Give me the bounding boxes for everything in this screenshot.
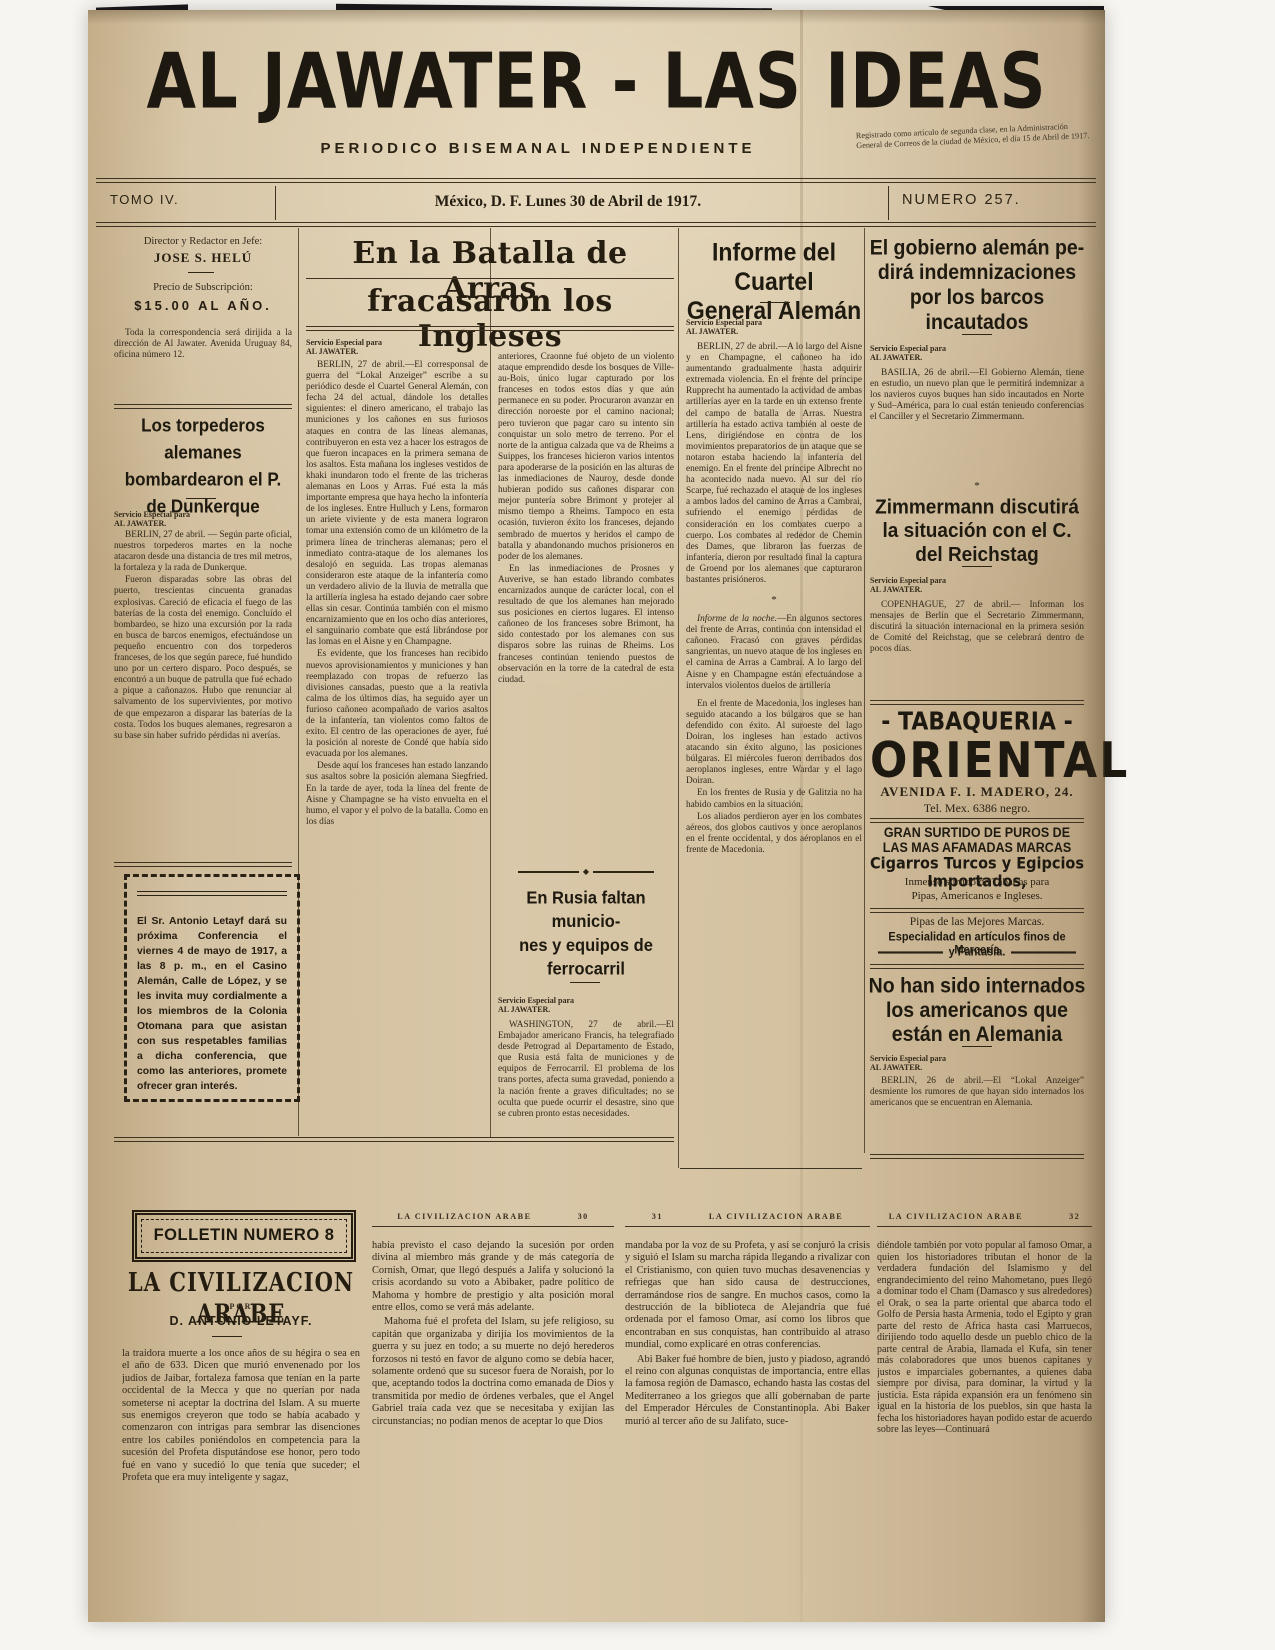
conference-notice-text: El Sr. Antonio Letayf dará su próxima Co… [137,914,287,1094]
paragraph: ferrocarril [494,957,678,981]
paragraph: No han sido internados [868,974,1086,998]
paragraph: En Rusia faltan municio- [494,886,678,934]
folletin-top-rule [114,1137,674,1142]
byline-line: Servicio Especial para [114,510,190,519]
column-rule [864,228,865,1153]
paragraph: Desde aquí los franceses han estado lanz… [306,761,488,828]
paragraph: LAS MAS AFAMADAS MARCAS [870,840,1084,855]
byline-line: Servicio Especial para [498,996,574,1005]
paragraph: BASILIA, 26 de abril.—El Gobierno Alemán… [870,368,1084,423]
gobierno-body: BASILIA, 26 de abril.—El Gobierno Alemán… [870,368,1084,480]
byline-line: AL JAWATER. [114,519,190,528]
running-head-rule [877,1226,1092,1227]
dateline-rule [96,222,1096,227]
paragraph: Zimmermann discutirá [868,496,1086,520]
byline-line: Servicio Especial para [870,1054,946,1063]
ad-rule [870,818,1084,823]
page-background: AL JAWATER - LAS IDEAS PERIODICO BISEMAN… [0,0,1275,1650]
tabaqueria-name: ORIENTAL [870,732,1084,789]
divider-tick [275,186,276,220]
paragraph: El gobierno alemán pe- [868,236,1086,261]
rusia-body: WASHINGTON, 27 de abril.—El Embajador am… [498,1020,674,1152]
batalla-body-left: BERLIN, 27 de abril.—El corresponsal de … [306,360,488,1134]
ad-rule [870,908,1084,913]
paragraph: En el frente de Macedonia, los ingleses … [686,699,862,788]
byline-line: AL JAWATER. [686,327,762,336]
column-rule [490,228,491,1138]
ad-rule [870,700,1084,705]
byline-line: AL JAWATER. [870,353,946,362]
column-rule [678,228,679,1168]
edition-tomo: TOMO IV. [110,192,179,207]
internados-body: BERLIN, 26 de abril.—El “Lokal Anzeiger”… [870,1076,1084,1150]
edition-dateline: México, D. F. Lunes 30 de Abril de 1917. [288,193,848,211]
running-head-page-number: 30 [578,1212,589,1221]
tabaqueria-address: AVENIDA F. I. MADERO, 24. [870,784,1084,800]
tabaqueria-fantasy: y Fantasía. [878,946,1076,959]
dash-ornament [760,302,790,303]
paragraph: la situación con el C. [868,520,1086,544]
paragraph: del Reichstag [868,544,1086,568]
dash-ornament [570,982,600,983]
paragraph: BERLIN, 27 de abril.—El corresponsal de … [306,360,488,648]
zimmermann-body: COPENHAGUE, 27 de abril.— Informan los m… [870,600,1084,696]
section-rule [114,862,292,867]
section-rule [680,1168,862,1169]
director-label: Director y Redactor en Jefe: [114,236,292,247]
paragraph: Inmenso surtido de Tabacos para [870,876,1084,890]
folletin-number-box: FOLLETIN NUMERO 8 [132,1210,356,1262]
director-name: JOSE S. HELÚ [114,250,292,266]
folletin-col4-text: diéndole también por voto popular al fam… [877,1240,1092,1634]
running-head-title: LA CIVILIZACION ARABE [889,1212,1023,1221]
masthead-rule [96,178,1096,183]
paragraph: dirá indemnizaciones [868,261,1086,286]
byline-line: AL JAWATER. [870,585,946,594]
byline-line: AL JAWATER. [870,1063,946,1072]
tabaqueria-phone: Tel. Mex. 6386 negro. [870,801,1084,816]
paragraph: Informe del Cuartel [682,238,866,296]
paragraph: Fueron disparadas sobre las obras del pu… [114,575,292,741]
paragraph: Los torpederos alemanes [110,412,296,466]
paragraph: GRAN SURTIDO DE PUROS DE [870,825,1084,840]
paragraph: Es evidente, que los franceses han recib… [306,649,488,760]
ad-rule [870,964,1084,969]
running-head-rule [372,1226,614,1227]
dash-ornament [962,334,992,335]
headline-rule [306,326,674,331]
section-rule [870,1154,1084,1159]
folletin-col2-text: había previsto el caso dejando la sucesi… [372,1240,614,1632]
running-head-title: LA CIVILIZACION ARABE [397,1212,531,1221]
diamond-icon: ◆ [583,868,589,876]
night-report-rest: —En algunos sectores del frente de Arras… [686,614,862,691]
dash-ornament [186,498,216,499]
star-separator: * [870,480,1084,492]
paragraph: BERLIN, 27 de abril.—A lo largo del Aisn… [686,342,862,586]
folletin-running-head: LA CIVILIZACION ARABE 30 [372,1212,614,1221]
paragraph: había previsto el caso dejando la sucesi… [372,1240,614,1314]
correspondence-note: Toda la correspondencia será dirijida a … [114,328,292,394]
byline-line: Servicio Especial para [686,318,762,327]
notice-rule [137,891,287,896]
price-value: $15.00 AL AÑO. [114,298,292,313]
paragraph: la traidora muerte a los once años de su… [122,1348,360,1484]
informe-day-report: BERLIN, 27 de abril.—A lo largo del Aisn… [686,342,862,586]
byline-line: Servicio Especial para [870,576,946,585]
batalla-body-right: anteriores, Craonne fué objeto de un vio… [498,352,674,866]
masthead-title: AL JAWATER - LAS IDEAS [98,38,1095,127]
star-separator: * [686,594,862,606]
running-head-page-number: 31 [652,1212,663,1221]
byline-line: Servicio Especial para [306,338,382,347]
folletin-por: POR [122,1302,360,1311]
paragraph: nes y equipos de [494,934,678,958]
tabaqueria-surtido: GRAN SURTIDO DE PUROS DELAS MAS AFAMADAS… [870,825,1084,855]
paragraph: En las inmediaciones de Prosnes y Auveri… [498,564,674,686]
folletin-running-head: 31 LA CIVILIZACION ARABE [625,1212,870,1221]
paragraph: Toda la correspondencia será dirijida a … [114,328,292,361]
paragraph: por los barcos [868,286,1086,311]
torpederos-byline: Servicio Especial para AL JAWATER. [114,510,190,528]
edition-numero: NUMERO 257. [902,192,1021,208]
dash-ornament [962,1046,992,1047]
paragraph: BERLIN, 27 de abril. — Según parte ofici… [114,530,292,574]
running-head-title: LA CIVILIZACION ARABE [709,1212,843,1221]
paragraph: Mahoma fué el profeta del Islam, su jefe… [372,1316,614,1428]
paragraph: Los aliados perdieron ayer en los combat… [686,812,862,856]
gobierno-headline: El gobierno alemán pe-dirá indemnizacion… [868,236,1086,335]
paragraph: Abi Baker fué hombre de bien, justo y pi… [625,1354,870,1428]
newspaper-scan: { "masthead": { "title": "AL JAWATER - L… [0,0,1275,1650]
byline-line: Servicio Especial para [870,344,946,353]
batalla-byline: Servicio Especial para AL JAWATER. [306,338,382,356]
tabaqueria-pipes: Pipas de las Mejores Marcas. [870,916,1084,928]
running-head-rule [625,1226,870,1227]
paragraph: En los frentes de Rusia y de Galitzia no… [686,788,862,810]
price-label: Precio de Subscripción: [114,282,292,293]
section-rule [114,404,292,409]
dash-ornament [962,566,992,567]
paragraph: COPENHAGUE, 27 de abril.— Informan los m… [870,600,1084,655]
byline-line: AL JAWATER. [306,347,382,356]
paragraph: están en Alemania [868,1023,1086,1047]
running-head-page-number: 32 [1069,1212,1080,1221]
paragraph: bombardearon el P. [110,466,296,493]
rusia-headline: En Rusia faltan municio-nes y equipos de… [494,886,678,981]
paragraph: mandaba por la voz de su Profeta, y así … [625,1240,870,1352]
paragraph: los americanos que [868,998,1086,1022]
folletin-number-label: FOLLETIN NUMERO 8 [137,1226,351,1245]
internados-byline: Servicio Especial para AL JAWATER. [870,1054,946,1072]
conference-notice-box: El Sr. Antonio Letayf dará su próxima Co… [124,874,300,1102]
folletin-author: D. ANTONIO LETAYF. [122,1314,360,1328]
zimmermann-byline: Servicio Especial para AL JAWATER. [870,576,946,594]
torpederos-body: BERLIN, 27 de abril. — Según parte ofici… [114,530,292,860]
internados-headline: No han sido internadoslos americanos que… [868,974,1086,1047]
tabaqueria-tobacco: Inmenso surtido de Tabacos paraPipas, Am… [870,876,1084,903]
folletin-running-head: LA CIVILIZACION ARABE 32 [877,1212,1092,1221]
paragraph: WASHINGTON, 27 de abril.—El Embajador am… [498,1020,674,1120]
dash-ornament [212,1336,242,1337]
ornament-divider: ◆ [518,868,654,876]
paragraph: Pipas, Americanos e Ingleses. [870,890,1084,904]
dash-ornament [188,272,214,273]
folletin-col3-text: mandaba por la voz de su Profeta, y así … [625,1240,870,1632]
paragraph: BERLIN, 26 de abril.—El “Lokal Anzeiger”… [870,1076,1084,1109]
rusia-byline: Servicio Especial para AL JAWATER. [498,996,574,1014]
torpederos-headline: Los torpederos alemanesbombardearon el P… [110,412,296,520]
folletin-col1-text: la traidora muerte a los once años de su… [122,1348,360,1626]
paragraph: diéndole también por voto popular al fam… [877,1240,1092,1436]
informe-byline: Servicio Especial para AL JAWATER. [686,318,762,336]
newspaper-paper: AL JAWATER - LAS IDEAS PERIODICO BISEMAN… [88,10,1105,1622]
informe-headline: Informe del CuartelGeneral Alemán [682,238,866,325]
byline-line: AL JAWATER. [498,1005,574,1014]
informe-night-report: Informe de la noche.—En algunos sectores… [686,614,862,692]
informe-body: BERLIN, 27 de abril.—A lo largo del Aisn… [686,342,862,1164]
fantasy-label: y Fantasía. [949,946,1006,959]
headline-rule [306,278,674,279]
zimmermann-headline: Zimmermann discutirála situación con el … [868,496,1086,567]
informe-fronts-report: En el frente de Macedonia, los ingleses … [686,699,862,856]
masthead-subtitle: PERIODICO BISEMANAL INDEPENDIENTE [238,140,838,157]
paragraph: anteriores, Craonne fué objeto de un vio… [498,352,674,563]
divider-tick [888,186,889,220]
night-report-lead: Informe de la noche. [697,614,777,624]
gobierno-byline: Servicio Especial para AL JAWATER. [870,344,946,362]
paragraph: incautados [868,311,1086,336]
